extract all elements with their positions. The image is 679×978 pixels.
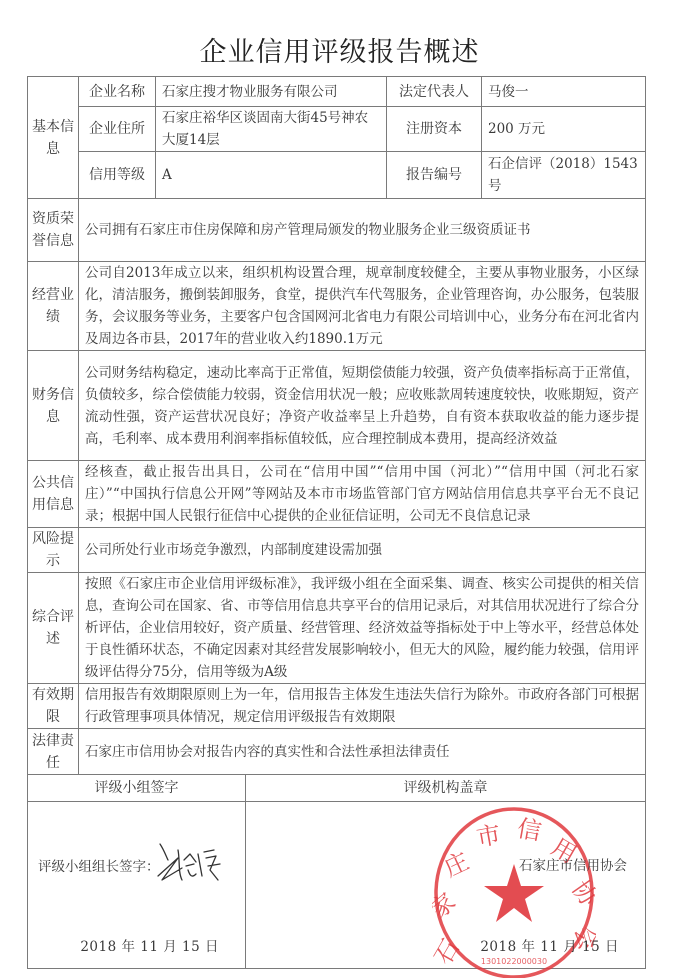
row-summary: 综合评述 按照《石家庄市企业信用评级标准》，我评级小组在全面采集、调查、核实公司… [28,573,646,684]
row-legal: 法律责任 石家庄市信用协会对报告内容的真实性和合法性承担法律责任 [28,729,646,775]
svg-text:市: 市 [474,820,502,852]
company-name-label: 企业名称 [79,77,156,107]
section-label-qualification: 资质荣誉信息 [28,199,79,262]
capital-label: 注册资本 [387,107,482,152]
company-name-value: 石家庄搜才物业服务有限公司 [156,77,387,107]
section-text-summary: 按照《石家庄市企业信用评级标准》，我评级小组在全面采集、调查、核实公司提供的相关… [79,573,646,684]
team-signature-header: 评级小组签字 [28,775,246,802]
section-label-performance: 经营业绩 [28,262,79,351]
svg-text:家: 家 [432,887,461,924]
row-qualification: 资质荣誉信息 公司拥有石家庄市住房保障和房产管理局颁发的物业服务企业三级资质证书 [28,199,646,262]
address-label: 企业住所 [79,107,156,152]
signature-header-row: 评级小组签字 评级机构盖章 [28,775,646,802]
org-seal-header: 评级机构盖章 [246,775,646,802]
section-label-public-credit: 公共信用信息 [28,461,79,528]
svg-text:石: 石 [432,935,465,970]
leader-signature-label: 评级小组组长签字： [38,856,160,878]
row-risk: 风险提示 公司所处行业市场竞争激烈，内部制度建设需加强 [28,528,646,573]
row-financial: 财务信息 公司财务结构稳定，速动比率高于正常值，短期偿债能力较强，资产负债率指标… [28,351,646,461]
section-label-basic-info: 基本信息 [28,77,79,199]
row-performance: 经营业绩 公司自2013年成立以来，组织机构设置合理，规章制度较健全，主要从事物… [28,262,646,351]
page-title: 企业信用评级报告概述 [0,30,679,69]
capital-value: 200 万元 [482,107,646,152]
svg-text:1301022000030: 1301022000030 [481,957,547,966]
credit-grade-value: A [156,152,387,199]
section-label-legal: 法律责任 [28,729,79,775]
row-address: 企业住所 石家庄裕华区谈固南大街45号神农大厦14层 注册资本 200 万元 [28,107,646,152]
section-text-validity: 信用报告有效期限原则上为一年，信用报告主体发生违法失信行为除外。市政府各部门可根… [79,684,646,729]
org-name: 石家庄市信用协会 [519,855,627,877]
section-label-summary: 综合评述 [28,573,79,684]
signature-table: 评级小组签字 评级机构盖章 评级小组组长签字： 2018 年 11 月 15 日… [27,774,646,969]
section-text-risk: 公司所处行业市场竞争激烈，内部制度建设需加强 [79,528,646,573]
row-validity: 有效期限 信用报告有效期限原则上为一年，信用报告主体发生违法失信行为除外。市政府… [28,684,646,729]
legal-rep-value: 马俊一 [482,77,646,107]
report-no-value: 石企信评（2018）1543号 [482,152,646,199]
section-label-financial: 财务信息 [28,351,79,461]
address-value: 石家庄裕华区谈固南大街45号神农大厦14层 [156,107,387,152]
team-signature-cell: 评级小组组长签字： 2018 年 11 月 15 日 [28,802,246,969]
signature-body-row: 评级小组组长签字： 2018 年 11 月 15 日 石 家 庄 市 信 [28,802,646,969]
row-public-credit: 公共信用信息 经核查，截止报告出具日，公司在“信用中国”“信用中国（河北）”“信… [28,461,646,528]
credit-grade-label: 信用等级 [79,152,156,199]
section-text-public-credit: 经核查，截止报告出具日，公司在“信用中国”“信用中国（河北）”“信用中国（河北石… [79,461,646,528]
org-seal-date: 2018 年 11 月 15 日 [480,936,619,958]
row-credit-grade: 信用等级 A 报告编号 石企信评（2018）1543号 [28,152,646,199]
section-text-legal: 石家庄市信用协会对报告内容的真实性和合法性承担法律责任 [79,729,646,775]
svg-text:信: 信 [515,814,543,846]
team-signature-date: 2018 年 11 月 15 日 [80,936,219,958]
section-text-financial: 公司财务结构稳定，速动比率高于正常值，短期偿债能力较强，资产负债率指标高于正常值… [79,351,646,461]
org-seal-cell: 石 家 庄 市 信 用 协 会 1301022000030 石家庄市信用协会 2… [246,802,646,969]
handwritten-signature-icon [156,840,226,884]
section-label-validity: 有效期限 [28,684,79,729]
legal-rep-label: 法定代表人 [387,77,482,107]
section-text-performance: 公司自2013年成立以来，组织机构设置合理，规章制度较健全，主要从事物业服务，小… [79,262,646,351]
row-company-name: 基本信息 企业名称 石家庄搜才物业服务有限公司 法定代表人 马俊一 [28,77,646,107]
report-no-label: 报告编号 [387,152,482,199]
section-label-risk: 风险提示 [28,528,79,573]
section-text-qualification: 公司拥有石家庄市住房保障和房产管理局颁发的物业服务企业三级资质证书 [79,199,646,262]
report-table: 基本信息 企业名称 石家庄搜才物业服务有限公司 法定代表人 马俊一 企业住所 石… [27,76,645,969]
main-table: 基本信息 企业名称 石家庄搜才物业服务有限公司 法定代表人 马俊一 企业住所 石… [27,76,646,775]
